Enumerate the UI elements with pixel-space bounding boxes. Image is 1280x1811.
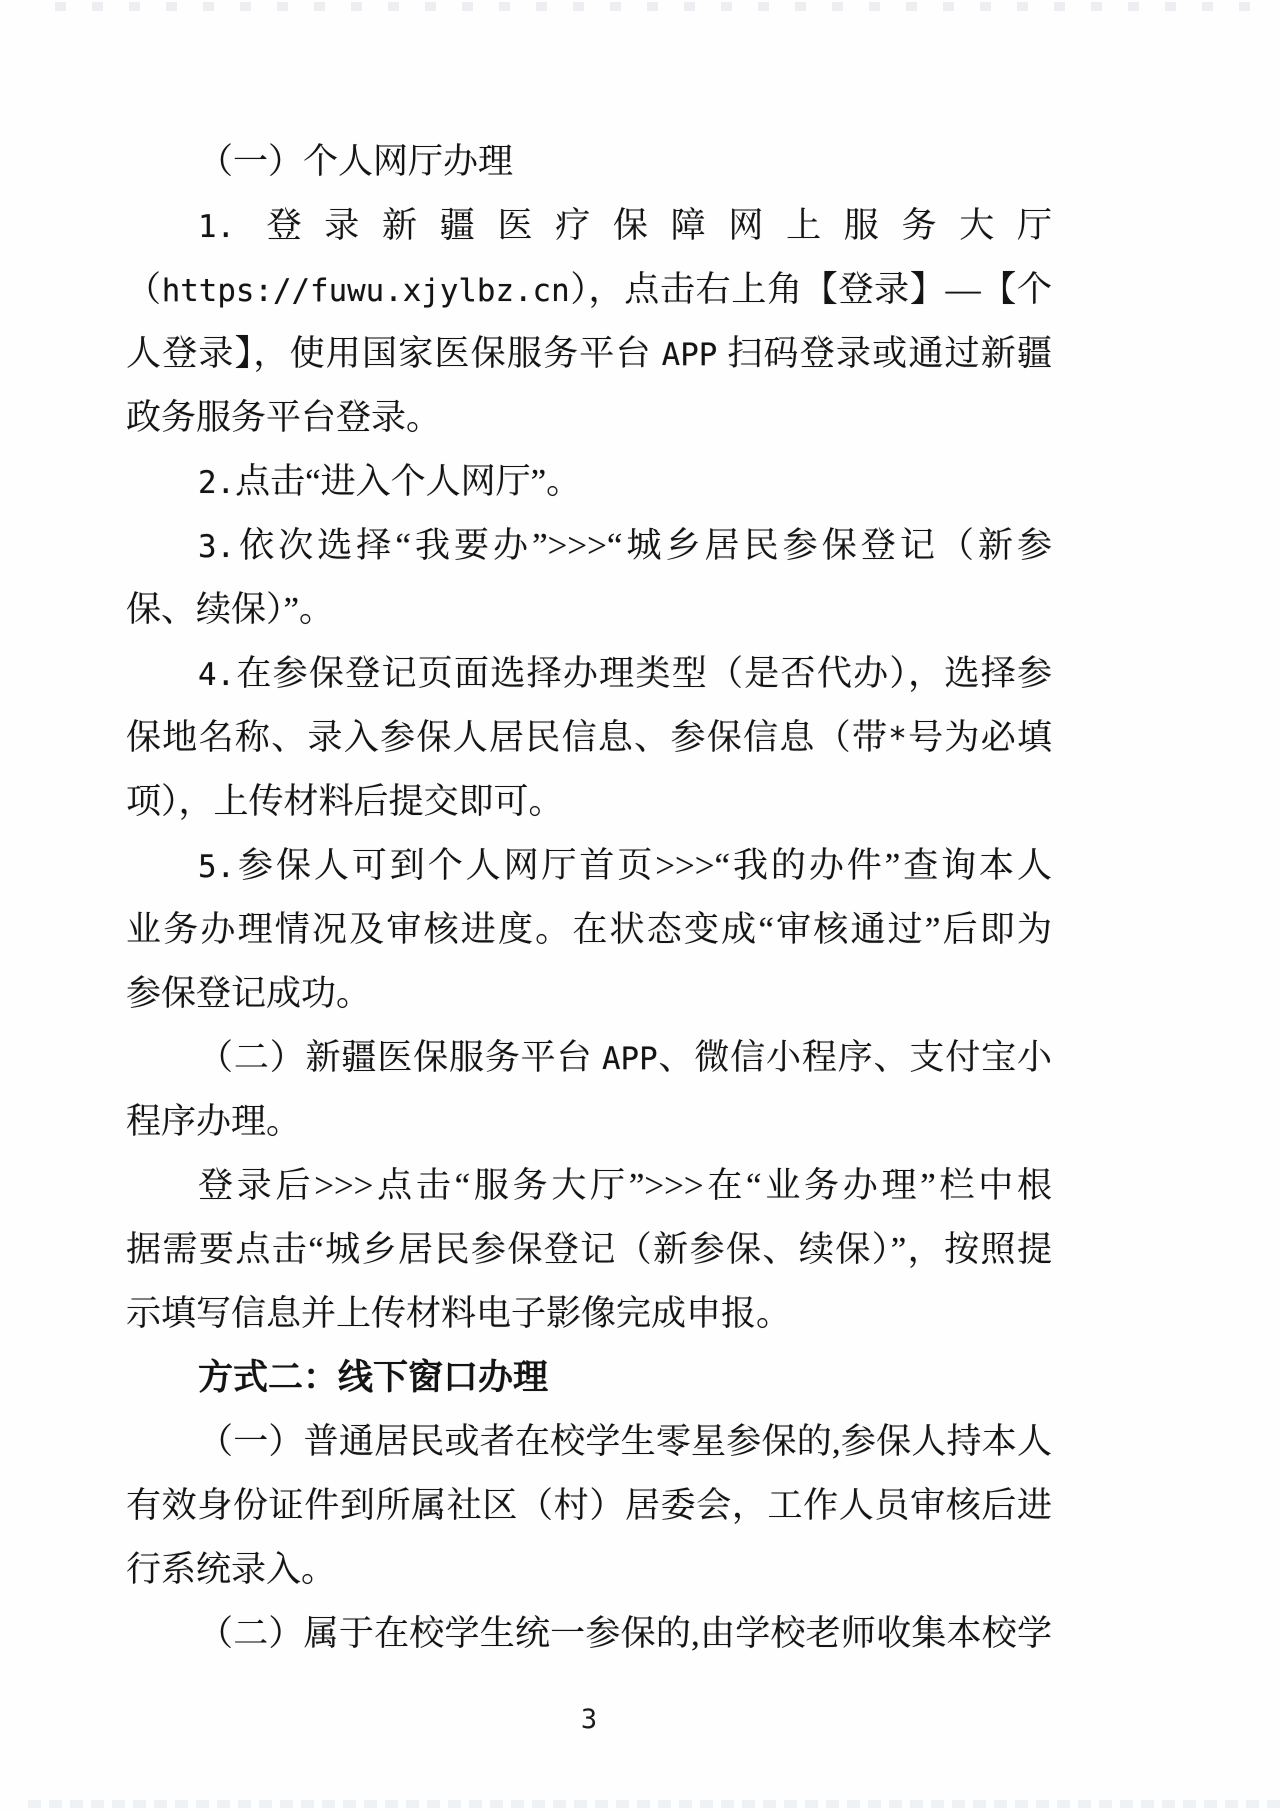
latin-text: APP <box>602 1041 658 1077</box>
scan-edge-artifact-bottom <box>28 1800 1280 1808</box>
text-line: 保地名称、录入参保人居民信息、参保信息（带*号为必填 <box>126 706 1052 770</box>
text-line: 行系统录入。 <box>126 1538 1052 1602</box>
text-block: （一）个人网厅办理1. 登录新疆医疗保障网上服务大厅（https://fuwu.… <box>126 130 1052 1666</box>
text-line: 业务办理情况及审核进度。在状态变成“审核通过”后即为 <box>126 898 1052 962</box>
text-line: 参保登记成功。 <box>126 962 1052 1026</box>
text-line: 示填写信息并上传材料电子影像完成申报。 <box>126 1282 1052 1346</box>
text-line: 登录后>>>点击“服务大厅”>>>在“业务办理”栏中根 <box>126 1154 1052 1218</box>
text-line: 2.点击“进入个人网厅”。 <box>126 450 1052 514</box>
text-line: （https://fuwu.xjylbz.cn），点击右上角【登录】—【个 <box>126 258 1052 322</box>
latin-text: * <box>888 721 907 757</box>
text-line: 程序办理。 <box>126 1090 1052 1154</box>
text-line: （一）普通居民或者在校学生零星参保的,参保人持本人 <box>126 1410 1052 1474</box>
latin-text: https://fuwu.xjylbz.cn <box>162 273 570 309</box>
text-line: 人登录】，使用国家医保服务平台 APP 扫码登录或通过新疆 <box>126 322 1052 386</box>
scan-edge-artifact-top <box>55 2 1255 11</box>
text-line: （二）属于在校学生统一参保的,由学校老师收集本校学 <box>126 1602 1052 1666</box>
text-line: 5.参保人可到个人网厅首页>>>“我的办件”查询本人 <box>126 834 1052 898</box>
text-line: 保、续保）”。 <box>126 578 1052 642</box>
latin-text: 2. <box>198 465 235 501</box>
text-line: 据需要点击“城乡居民参保登记（新参保、续保）”，按照提 <box>126 1218 1052 1282</box>
text-line: 项），上传材料后提交即可。 <box>126 770 1052 834</box>
document-page: （一）个人网厅办理1. 登录新疆医疗保障网上服务大厅（https://fuwu.… <box>0 0 1280 1811</box>
latin-text: 1. <box>198 209 235 245</box>
latin-text: 4. <box>198 657 235 693</box>
text-line: 4.在参保登记页面选择办理类型（是否代办），选择参 <box>126 642 1052 706</box>
page-number: 3 <box>126 1700 1052 1740</box>
section-heading-line: 方式二：线下窗口办理 <box>126 1346 1052 1410</box>
text-line: 有效身份证件到所属社区（村）居委会，工作人员审核后进 <box>126 1474 1052 1538</box>
latin-text: 5. <box>198 849 235 885</box>
latin-text: 3. <box>198 529 235 565</box>
text-line: （一）个人网厅办理 <box>126 130 1052 194</box>
latin-text: APP <box>662 337 718 373</box>
text-line: 1. 登录新疆医疗保障网上服务大厅 <box>126 194 1052 258</box>
text-line: 3.依次选择“我要办”>>>“城乡居民参保登记（新参 <box>126 514 1052 578</box>
text-line: 政务服务平台登录。 <box>126 386 1052 450</box>
text-line: （二）新疆医保服务平台 APP、微信小程序、支付宝小 <box>126 1026 1052 1090</box>
